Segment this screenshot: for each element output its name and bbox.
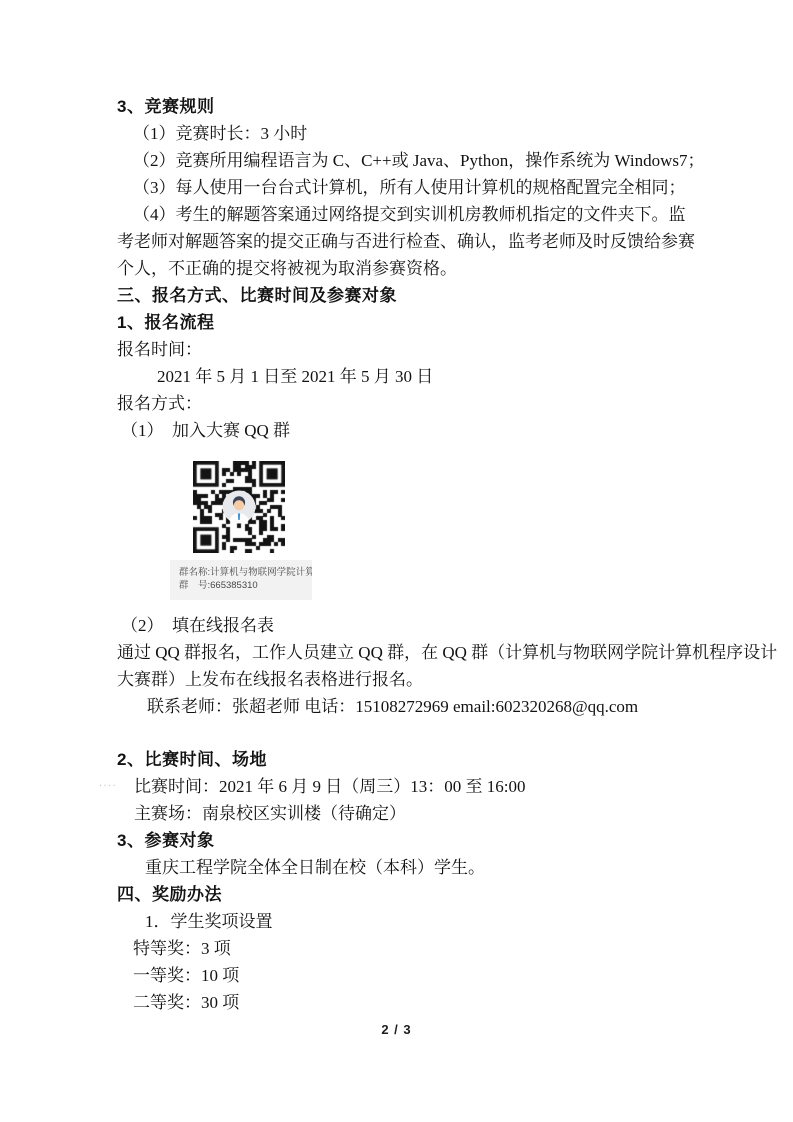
qq-group-name: 群名称:计算机与物联网学院计算机... bbox=[179, 566, 306, 579]
rule-item-4: （4）考生的解题答案通过网络提交到实训机房教师机指定的文件夹下。监 bbox=[117, 201, 713, 228]
rule-item-2: （2）竞赛所用编程语言为 C、C++或 Java、Python，操作系统为 Wi… bbox=[117, 147, 713, 174]
rule-item-4-continuation: 个人，不正确的提交将被视为取消参赛资格。 bbox=[117, 255, 713, 282]
contact-teacher-line: 联系老师：张超老师 电话：15108272969 email:602320268… bbox=[117, 693, 713, 720]
section3-heading: 三、报名方式、比赛时间及参赛对象 bbox=[117, 282, 713, 309]
participants-heading: 3、参赛对象 bbox=[117, 827, 713, 854]
rules-heading: 3、竞赛规则 bbox=[117, 93, 713, 120]
rule-item-3: （3）每人使用一台台式计算机，所有人使用计算机的规格配置完全相同； bbox=[117, 174, 713, 201]
section4-heading: 四、奖励办法 bbox=[117, 881, 713, 908]
student-awards-title: 1．学生奖项设置 bbox=[117, 908, 713, 935]
document-page: 3、竞赛规则 （1）竞赛时长：3 小时 （2）竞赛所用编程语言为 C、C++或 … bbox=[0, 0, 793, 1122]
rule-item-4-continuation: 考老师对解题答案的提交正确与否进行检查、确认，监考老师及时反馈给参赛 bbox=[117, 228, 713, 255]
award-item-first: 一等奖：10 项 bbox=[117, 962, 713, 989]
signup-time-value: 2021 年 5 月 1 日至 2021 年 5 月 30 日 bbox=[117, 363, 713, 390]
schedule-time-text: 比赛时间：2021 年 6 月 9 日（周三）13：00 至 16:00 bbox=[134, 777, 525, 796]
signup-step-1: （1） 加入大赛 QQ 群 bbox=[117, 417, 713, 444]
schedule-time: .... 比赛时间：2021 年 6 月 9 日（周三）13：00 至 16:0… bbox=[117, 773, 713, 800]
award-item-second: 二等奖：30 项 bbox=[117, 989, 713, 1016]
review-dots-artifact: .... bbox=[99, 770, 117, 797]
schedule-heading: 2、比赛时间、场地 bbox=[117, 746, 713, 773]
signup-flow-heading: 1、报名流程 bbox=[117, 309, 713, 336]
signup-step-2: （2） 填在线报名表 bbox=[117, 612, 713, 639]
person-avatar-icon bbox=[222, 490, 256, 524]
signup-description: 通过 QQ 群报名，工作人员建立 QQ 群，在 QQ 群（计算机与物联网学院计算… bbox=[117, 639, 713, 666]
qq-group-qr-code bbox=[193, 461, 285, 553]
qq-group-number: 群 号:665385310 bbox=[179, 579, 306, 592]
rule-item-1: （1）竞赛时长：3 小时 bbox=[117, 120, 713, 147]
signup-description-continuation: 大赛群）上发布在线报名表格进行报名。 bbox=[117, 666, 713, 693]
award-item-special: 特等奖：3 项 bbox=[117, 935, 713, 962]
schedule-venue: 主赛场：南泉校区实训楼（待确定） bbox=[117, 800, 713, 827]
signup-method-label: 报名方式： bbox=[117, 390, 713, 417]
signup-time-label: 报名时间： bbox=[117, 336, 713, 363]
page-number-indicator: 2 / 3 bbox=[0, 1022, 793, 1037]
participants-description: 重庆工程学院全体全日制在校（本科）学生。 bbox=[117, 854, 713, 881]
document-body: 3、竞赛规则 （1）竞赛时长：3 小时 （2）竞赛所用编程语言为 C、C++或 … bbox=[117, 93, 713, 1016]
qr-caption-box: 群名称:计算机与物联网学院计算机... 群 号:665385310 bbox=[170, 560, 312, 600]
